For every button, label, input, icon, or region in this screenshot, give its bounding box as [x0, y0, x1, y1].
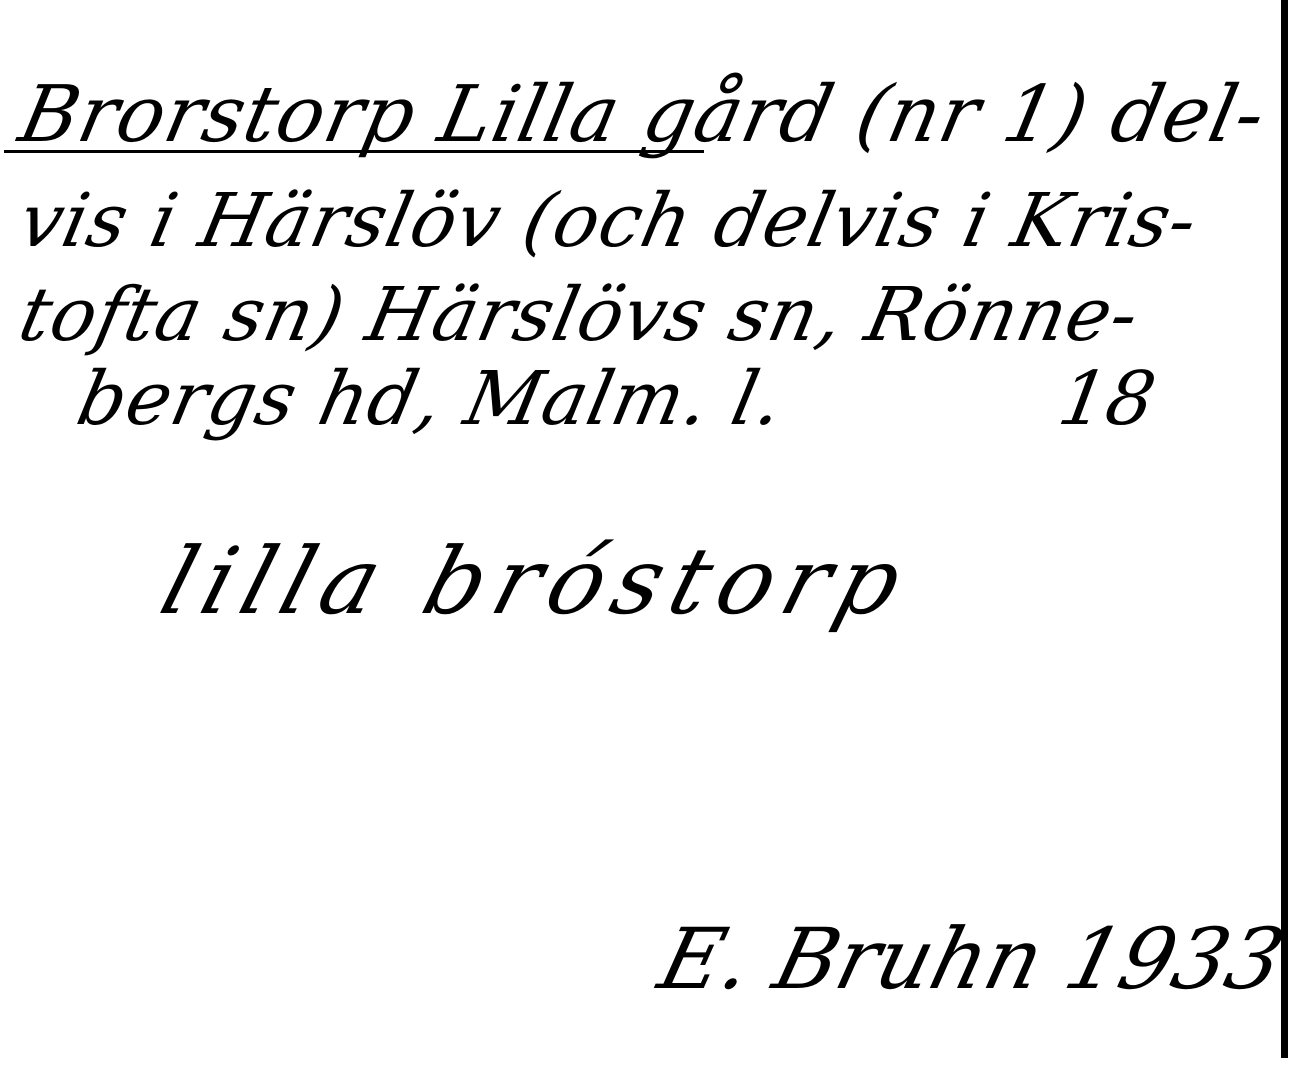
entry-line-2: vis i Härslöv (och delvis i Kris- — [12, 178, 1205, 264]
entry-line-3: tofta sn) Härslövs sn, Rönne- — [12, 272, 1147, 358]
collector-signature: E. Bruhn 1933 — [650, 910, 1293, 1008]
archive-card: Brorstorp Lilla gård (nr 1) del- vis i H… — [0, 0, 1293, 1065]
pronunciation-note: lilla bróstorp — [150, 528, 923, 635]
entry-line-1: Brorstorp Lilla gård (nr 1) del- — [12, 70, 1274, 160]
card-edge-border-top — [1284, 0, 1288, 300]
entry-line-4: bergs hd, Malm. l. — [70, 356, 792, 442]
reference-number: 18 — [1052, 356, 1161, 442]
